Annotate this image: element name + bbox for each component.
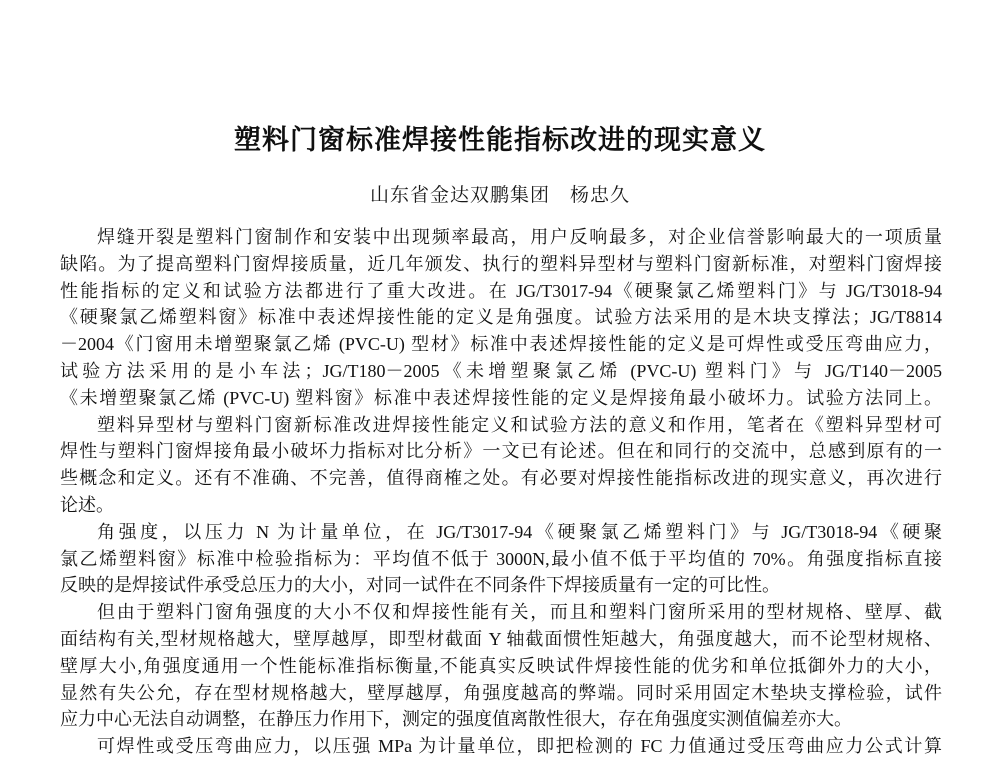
body-line: 论述。 [60, 492, 942, 519]
body-line: 塑料异型材与塑料门窗新标准改进焊接性能定义和试验方法的意义和作用，笔者在《塑料异… [60, 412, 942, 439]
body-line: 性能指标的定义和试验方法都进行了重大改进。在 JG/T3017-94《硬聚氯乙烯… [60, 278, 942, 305]
body-line: 些概念和定义。还有不准确、不完善，值得商榷之处。有必要对焊接性能指标改进的现实意… [60, 465, 942, 492]
body-line: 面结构有关,型材规格越大，壁厚越厚，即型材截面 Y 轴截面惯性矩越大，角强度越大… [60, 626, 942, 653]
author-byline: 山东省金达双鹏集团 杨忠久 [0, 180, 1000, 207]
body-line: 试验方法采用的是小车法；JG/T180－2005《未增塑聚氯乙烯 (PVC-U)… [60, 358, 942, 385]
body-line: 可焊性或受压弯曲应力，以压强 MPa 为计量单位，即把检测的 FC 力值通过受压… [60, 733, 942, 760]
body-line: 但由于塑料门窗角强度的大小不仅和焊接性能有关，而且和塑料门窗所采用的型材规格、壁… [60, 599, 942, 626]
body-line: 显然有失公允，存在型材规格越大，壁厚越厚，角强度越高的弊端。同时采用固定木垫块支… [60, 680, 942, 707]
body-line: 缺陷。为了提高塑料门窗焊接质量，近几年颁发、执行的塑料异型材与塑料门窗新标准，对… [60, 251, 942, 278]
page-title: 塑料门窗标准焊接性能指标改进的现实意义 [0, 118, 1000, 157]
body-line: －2004《门窗用未增塑聚氯乙烯 (PVC-U) 型材》标准中表述焊接性能的定义… [60, 331, 942, 358]
body-line: 焊性与塑料门窗焊接角最小破坏力指标对比分析》一文已有论述。但在和同行的交流中，总… [60, 438, 942, 465]
body-line: 《硬聚氯乙烯塑料窗》标准中表述焊接性能的定义是角强度。试验方法采用的是木块支撑法… [60, 304, 942, 331]
body-line: 氯乙烯塑料窗》标准中检验指标为：平均值不低于 3000N,最小值不低于平均值的 … [60, 546, 942, 573]
body-line: 反映的是焊接试件承受总压力的大小，对同一试件在不同条件下焊接质量有一定的可比性。 [60, 572, 942, 599]
body-line: 壁厚大小,角强度通用一个性能标准指标衡量,不能真实反映试件焊接性能的优劣和单位抵… [60, 653, 942, 680]
body-line: 《未增塑聚氯乙烯 (PVC-U) 塑料窗》标准中表述焊接性能的定义是焊接角最小破… [60, 385, 942, 412]
body-line: 焊缝开裂是塑料门窗制作和安装中出现频率最高，用户反响最多，对企业信誉影响最大的一… [60, 224, 942, 251]
scanned-document-page: 塑料门窗标准焊接性能指标改进的现实意义 山东省金达双鹏集团 杨忠久 焊缝开裂是塑… [0, 0, 1000, 760]
article-body: 焊缝开裂是塑料门窗制作和安装中出现频率最高，用户反响最多，对企业信誉影响最大的一… [60, 224, 942, 760]
body-line: 应力中心无法自动调整，在静压力作用下，测定的强度值离散性很大，存在角强度实测值偏… [60, 706, 942, 733]
body-line: 角强度，以压力 N 为计量单位，在 JG/T3017-94《硬聚氯乙烯塑料门》与… [60, 519, 942, 546]
